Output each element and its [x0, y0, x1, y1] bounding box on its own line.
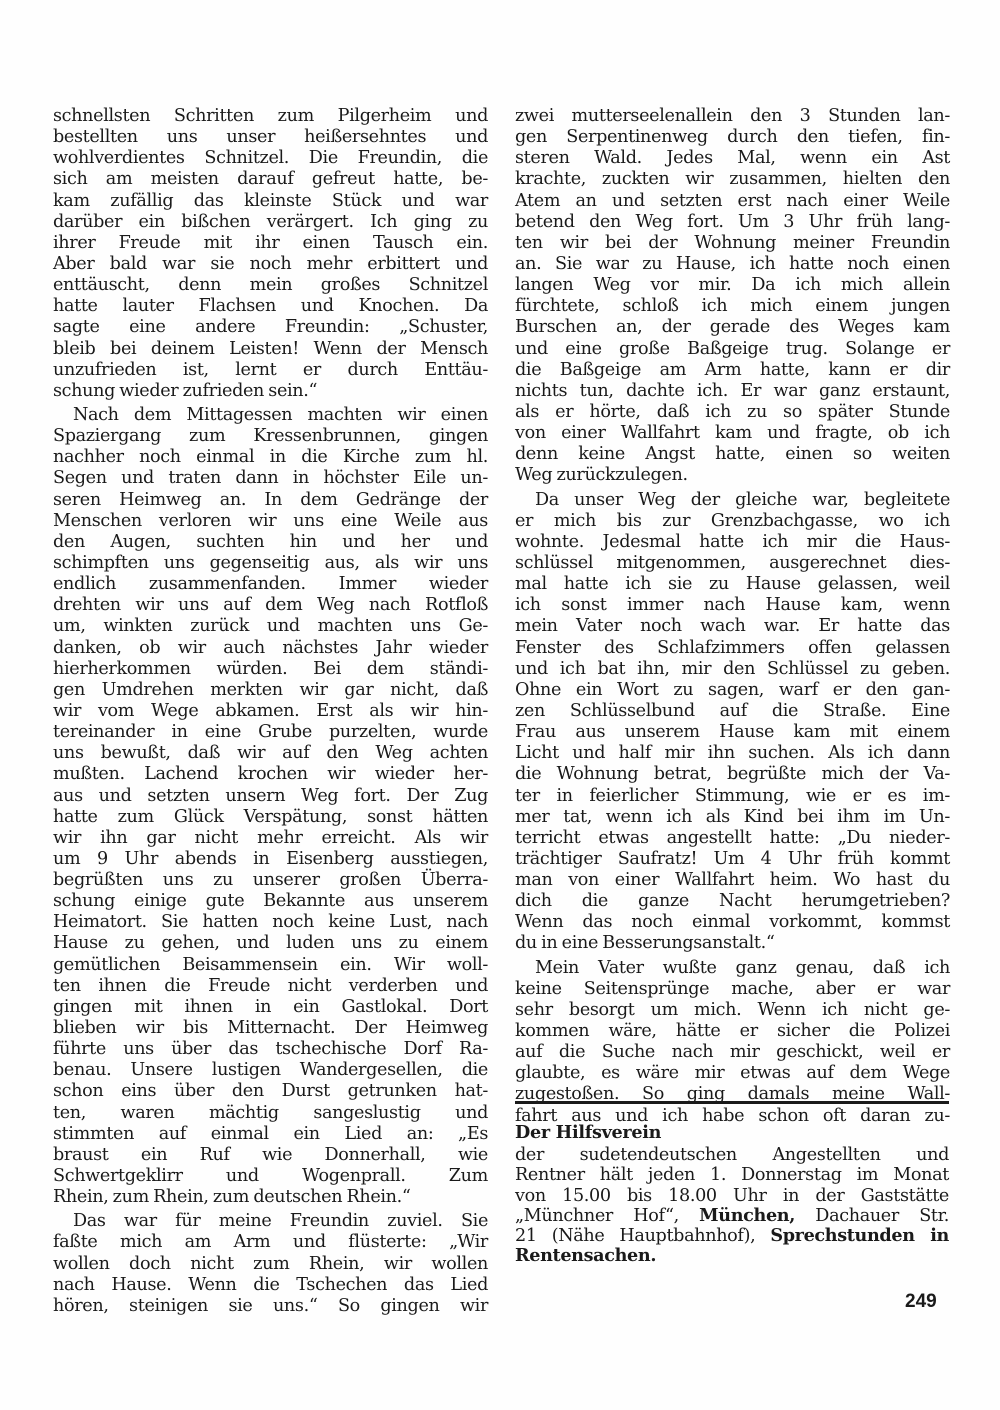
- text-line: kam zufällig das kleinste Stück und war: [53, 191, 488, 212]
- text-line: denn keine Angst hatte, einen so weiten: [515, 444, 950, 465]
- text-line: Segen und traten dann in höchster Eile u…: [53, 468, 488, 489]
- text-line: kommen wäre, hätte er sicher die Polizei: [515, 1021, 950, 1042]
- text-line: keine Seitensprünge mache, aber er war: [515, 979, 950, 1000]
- right-column: zwei mutterseelenallein den 3 Stunden la…: [515, 106, 950, 1127]
- text-line: ten ihnen die Freude nicht verderben und: [53, 976, 488, 997]
- text-line: als er hörte, daß ich zu so später Stund…: [515, 402, 950, 423]
- text-line: schlüssel mitgenommen, ausgerechnet dies…: [515, 553, 950, 574]
- text-line: um, winkten zurück und machten uns Ge-: [53, 616, 488, 637]
- text-line: zwei mutterseelenallein den 3 Stunden la…: [515, 106, 950, 127]
- text-line: von einer Wallfahrt kam und fragte, ob i…: [515, 423, 950, 444]
- document-page: schnellsten Schritten zum Pilgerheim und…: [0, 0, 1000, 1410]
- text-line: ihrer Freude mit ihr einen Tausch ein.: [53, 233, 488, 254]
- consultation-hours: Sprechstunden in: [770, 1225, 949, 1246]
- text-line: Da unser Weg der gleiche war, begleitete: [515, 490, 950, 511]
- left-column: schnellsten Schritten zum Pilgerheim und…: [53, 106, 488, 1317]
- text-line: gingen mit ihnen in ein Gastlokal. Dort: [53, 997, 488, 1018]
- text-line: Spaziergang zum Kressenbrunnen, gingen: [53, 426, 488, 447]
- text-line: wohlverdientes Schnitzel. Die Freundin, …: [53, 148, 488, 169]
- text-line: unzufrieden ist, lernt er durch Enttäu-: [53, 360, 488, 381]
- text-line: nichts tun, dachte ich. Er war ganz erst…: [515, 381, 950, 402]
- text-line: Schwertgeklirr und Wogenprall. Zum: [53, 1166, 488, 1187]
- text-line: ten, waren mächtig sangeslustig und: [53, 1103, 488, 1124]
- text-line: und eine große Baßgeige trug. Solange er: [515, 339, 950, 360]
- notice-line: von 15.00 bis 18.00 Uhr in der Gaststätt…: [515, 1186, 949, 1206]
- text-line: schung wieder zufrieden sein.“: [53, 381, 488, 402]
- text-line: blieben wir bis Mitternacht. Der Heimweg: [53, 1018, 488, 1039]
- text-line: du in eine Besserungsanstalt.“: [515, 933, 950, 954]
- text-line: Aber bald war sie noch mehr erbittert un…: [53, 254, 488, 275]
- text-line: schnellsten Schritten zum Pilgerheim und: [53, 106, 488, 127]
- text-line: aus und setzten unsern Weg fort. Der Zug: [53, 786, 488, 807]
- text-line: den Augen, suchten hin und her und: [53, 532, 488, 553]
- text-line: wir ihn gar nicht mehr erreicht. Als wir: [53, 828, 488, 849]
- text-line: nachher noch einmal in die Kirche zum hl…: [53, 447, 488, 468]
- text-line: und ich bat ihn, mir den Schlüssel zu ge…: [515, 659, 950, 680]
- text-line: auf die Suche nach mir geschickt, weil e…: [515, 1042, 950, 1063]
- text-line: bestellten uns unser heißersehntes und: [53, 127, 488, 148]
- text-line: gen Serpentinenweg durch den tiefen, fin…: [515, 127, 950, 148]
- text-line: zen Schlüsselbund auf die Straße. Eine: [515, 701, 950, 722]
- text-line: Burschen an, der gerade des Weges kam: [515, 317, 950, 338]
- text-line: drehten wir uns auf dem Weg nach Rotfloß: [53, 595, 488, 616]
- text-line: begrüßten uns zu unserer großen Überra-: [53, 870, 488, 891]
- text-line: steren Wald. Jedes Mal, wenn ein Ast: [515, 148, 950, 169]
- text-line: an. Sie war zu Hause, ich hatte noch ein…: [515, 254, 950, 275]
- text-line: ten wir bei der Wohnung meiner Freundin: [515, 233, 950, 254]
- text-line: glaubte, es wäre mir etwas auf dem Wege: [515, 1063, 950, 1084]
- notice-title: Der Hilfsverein: [515, 1121, 949, 1145]
- text-line: Das war für meine Freundin zuviel. Sie: [53, 1211, 488, 1232]
- text-line: wir vom Wege abkamen. Erst als wir hin-: [53, 701, 488, 722]
- text-line: um 9 Uhr abends in Eisenberg ausstiegen,: [53, 849, 488, 870]
- notice-line: der sudetendeutschen Angestellten und: [515, 1145, 949, 1165]
- section-divider: [515, 1101, 949, 1104]
- text-line: Frau aus unserem Hause kam mit einem: [515, 722, 950, 743]
- city-name: München,: [699, 1205, 795, 1226]
- text-line: sagte eine andere Freundin: „Schuster,: [53, 317, 488, 338]
- text-line: mein Vater noch wach war. Er hatte das: [515, 616, 950, 637]
- text-line: dich die ganze Nacht herumgetrieben?: [515, 891, 950, 912]
- text-line: faßte mich am Arm und flüsterte: „Wir: [53, 1232, 488, 1253]
- text-line: die Wohnung betrat, begrüßte mich der Va…: [515, 764, 950, 785]
- text-line: schimpften uns gegenseitig aus, als wir …: [53, 553, 488, 574]
- text-line: stimmten auf einmal ein Lied an: „Es: [53, 1124, 488, 1145]
- hilfsverein-notice: Der Hilfsverein der sudetendeutschen Ang…: [515, 1121, 949, 1267]
- notice-line: 21 (Nähe Hauptbahnhof), Sprechstunden in: [515, 1226, 949, 1246]
- text-line: schung einige gute Bekannte aus unserem: [53, 891, 488, 912]
- text-line: betend den Weg fort. Um 3 Uhr früh lang-: [515, 212, 950, 233]
- text-line: nach Hause. Wenn die Tschechen das Lied: [53, 1275, 488, 1296]
- text-line: mer tat, wenn ich als Kind bei ihm im Un…: [515, 807, 950, 828]
- notice-line: „Münchner Hof“, München, Dachauer Str.: [515, 1206, 949, 1226]
- text-line: Mein Vater wußte ganz genau, daß ich: [515, 958, 950, 979]
- text-line: Weg zurückzulegen.: [515, 465, 950, 486]
- text-line: terricht etwas angestellt hatte: „Du nie…: [515, 828, 950, 849]
- text-line: seren Heimweg an. In dem Gedränge der: [53, 490, 488, 511]
- text-line: mußten. Lachend krochen wir wieder her-: [53, 764, 488, 785]
- text-line: er mich bis zur Grenzbachgasse, wo ich: [515, 511, 950, 532]
- text-line: bleib bei deinem Leisten! Wenn der Mensc…: [53, 339, 488, 360]
- text-line: ich sonst immer nach Hause kam, wenn: [515, 595, 950, 616]
- text-line: sich am meisten darauf gefreut hatte, be…: [53, 169, 488, 190]
- text-line: danken, ob wir auch nächstes Jahr wieder: [53, 638, 488, 659]
- text-line: ter in feierlicher Stimmung, wie er es i…: [515, 786, 950, 807]
- text-line: hatte zum Glück Verspätung, sonst hätten: [53, 807, 488, 828]
- text-line: sehr besorgt um mich. Wenn ich nicht ge-: [515, 1000, 950, 1021]
- text-line: krachte, zuckten wir zusammen, hielten d…: [515, 169, 950, 190]
- text-line: Fenster des Schlafzimmers offen gelassen: [515, 638, 950, 659]
- text-line: Heimatort. Sie hatten noch keine Lust, n…: [53, 912, 488, 933]
- text-line: darüber ein bißchen verärgert. Ich ging …: [53, 212, 488, 233]
- notice-line: Rentensachen.: [515, 1246, 949, 1266]
- text-line: hatte lauter Flachsen und Knochen. Da: [53, 296, 488, 317]
- notice-line: Rentner hält jeden 1. Donnerstag im Mona…: [515, 1165, 949, 1185]
- text-line: wollen doch nicht zum Rhein, wir wollen: [53, 1254, 488, 1275]
- text-line: braust ein Ruf wie Donnerhall, wie: [53, 1145, 488, 1166]
- text-line: endlich zusammenfanden. Immer wieder: [53, 574, 488, 595]
- text-line: Licht und half mir ihn suchen. Als ich d…: [515, 743, 950, 764]
- text-line: mal hatte ich sie zu Hause gelassen, wei…: [515, 574, 950, 595]
- text-line: gen Umdrehen merkten wir gar nicht, daß: [53, 680, 488, 701]
- text-line: man von einer Wallfahrt heim. Wo hast du: [515, 870, 950, 891]
- text-line: schon eins über den Durst getrunken hat-: [53, 1081, 488, 1102]
- text-line: Nach dem Mittagessen machten wir einen: [53, 405, 488, 426]
- text-line: tereinander in eine Grube purzelten, wur…: [53, 722, 488, 743]
- page-number: 249: [905, 1291, 937, 1313]
- text-line: uns bewußt, daß wir auf den Weg achten: [53, 743, 488, 764]
- text-line: Ohne ein Wort zu sagen, warf er den gan-: [515, 680, 950, 701]
- text-line: Rhein, zum Rhein, zum deutschen Rhein.“: [53, 1187, 488, 1208]
- text-line: Menschen verloren wir uns eine Weile aus: [53, 511, 488, 532]
- text-line: wohnte. Jedesmal hatte ich mir die Haus-: [515, 532, 950, 553]
- text-line: enttäuscht, denn mein großes Schnitzel: [53, 275, 488, 296]
- text-line: trächtiger Saufratz! Um 4 Uhr früh kommt: [515, 849, 950, 870]
- text-line: langen Weg vor mir. Da ich mich allein: [515, 275, 950, 296]
- text-line: benau. Unsere lustigen Wandergesellen, d…: [53, 1060, 488, 1081]
- text-line: die Baßgeige am Arm hatte, kann er dir: [515, 360, 950, 381]
- text-line: Wenn das noch einmal vorkommt, kommst: [515, 912, 950, 933]
- text-line: hören, steinigen sie uns.“ So gingen wir: [53, 1296, 488, 1317]
- text-line: fürchtete, schloß ich mich einem jungen: [515, 296, 950, 317]
- text-line: gemütlichen Beisammensein ein. Wir woll-: [53, 955, 488, 976]
- text-line: hierherkommen würden. Bei dem ständi-: [53, 659, 488, 680]
- text-line: Hause zu gehen, und luden uns zu einem: [53, 933, 488, 954]
- text-line: Atem an und setzten erst nach einer Weil…: [515, 191, 950, 212]
- text-line: führte uns über das tschechische Dorf Ra…: [53, 1039, 488, 1060]
